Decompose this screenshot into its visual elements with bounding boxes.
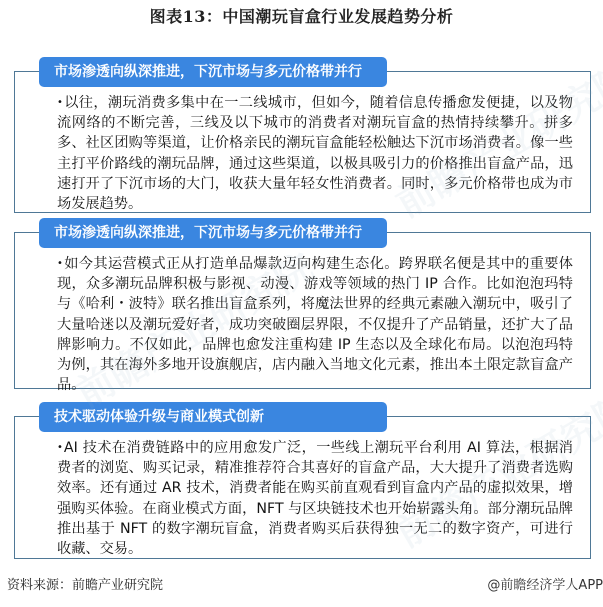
section-text: AI 技术在消费链路中的应用愈发广泛，一些线上潮玩平台利用 AI 算法，根据消费… (57, 440, 573, 557)
section-body: •如今其运营模式正从打造单品爆款迈向构建生态化。跨界联名便是其中的重要体现，众多… (57, 254, 573, 395)
section-body: •AI 技术在消费链路中的应用愈发广泛，一些线上潮玩平台利用 AI 算法，根据消… (57, 438, 573, 559)
trend-section-market-penetration: 市场渗透向纵深推进，下沉市场与多元价格带并行 •以往，潮玩消费多集中在一二线城市… (14, 57, 591, 213)
trend-section-ecosystem: 市场渗透向纵深推进，下沉市场与多元价格带并行 •如今其运营模式正从打造单品爆款迈… (14, 218, 591, 389)
source-note: 资料来源：前瞻产业研究院 (7, 577, 163, 595)
section-heading: 技术驱动体验升级与商业模式创新 (39, 402, 387, 432)
trend-section-tech-innovation: 技术驱动体验升级与商业模式创新 •AI 技术在消费链路中的应用愈发广泛，一些线上… (14, 402, 591, 559)
brand-credit: @前瞻经济学人APP (487, 577, 603, 595)
section-heading: 市场渗透向纵深推进，下沉市场与多元价格带并行 (39, 218, 387, 248)
bullet-icon: • (57, 442, 63, 453)
section-text: 以往，潮玩消费多集中在一二线城市，但如今，随着信息传播愈发便捷，以及物流网络的不… (57, 95, 573, 212)
section-heading: 市场渗透向纵深推进，下沉市场与多元价格带并行 (39, 57, 387, 87)
section-body: •以往，潮玩消费多集中在一二线城市，但如今，随着信息传播愈发便捷，以及物流网络的… (57, 93, 573, 214)
figure-title: 图表13：中国潮玩盲盒行业发展趋势分析 (0, 6, 603, 28)
bullet-icon: • (57, 258, 63, 269)
bullet-icon: • (57, 97, 63, 108)
section-text: 如今其运营模式正从打造单品爆款迈向构建生态化。跨界联名便是其中的重要体现，众多潮… (57, 256, 573, 393)
